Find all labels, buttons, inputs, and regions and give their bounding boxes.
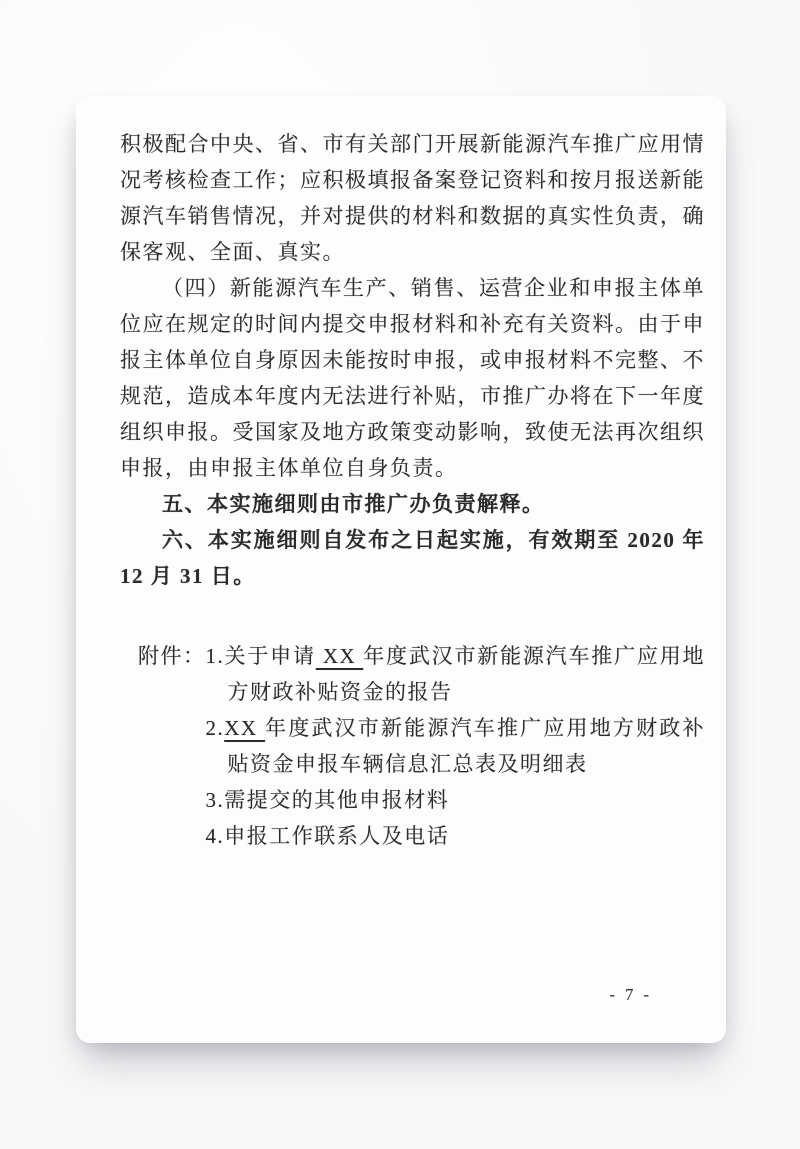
attachment-item-underlined-placeholder: XX [316,644,363,668]
attachment-item-underlined-placeholder: XX [224,716,265,740]
paragraph-item-four: （四）新能源汽车生产、销售、运营企业和申报主体单位应在规定的时间内提交申报材料和… [120,270,705,486]
paragraph-item-six: 六、本实施细则自发布之日起实施，有效期至 2020 年 12 月 31 日。 [120,522,705,594]
attachment-list: 1.关于申请 XX 年度武汉市新能源汽车推广应用地方财政补贴资金的报告 2.XX… [206,638,706,854]
attachment-item-number: 3. [206,788,225,812]
attachment-item-number: 4. [206,824,225,848]
attachment-item-number: 2. [206,716,225,740]
attachment-section: 附件： 1.关于申请 XX 年度武汉市新能源汽车推广应用地方财政补贴资金的报告 … [138,638,705,854]
attachment-item-3: 3.需提交的其他申报材料 [206,782,706,818]
attachment-label: 附件： [138,638,206,854]
attachment-item-text: 需提交的其他申报材料 [224,788,449,812]
paragraph-item-five: 五、本实施细则由市推广办负责解释。 [120,486,705,522]
attachment-item-4: 4.申报工作联系人及电话 [206,818,706,854]
document-page: 积极配合中央、省、市有关部门开展新能源汽车推广应用情况考核检查工作；应积极填报备… [76,96,726,1043]
page-content: 积极配合中央、省、市有关部门开展新能源汽车推广应用情况考核检查工作；应积极填报备… [76,96,726,854]
attachment-item-text: 关于申请 [224,644,316,668]
page-number: - 7 - [610,985,653,1005]
paragraph-continuation: 积极配合中央、省、市有关部门开展新能源汽车推广应用情况考核检查工作；应积极填报备… [120,126,705,270]
attachment-item-1: 1.关于申请 XX 年度武汉市新能源汽车推广应用地方财政补贴资金的报告 [206,638,706,710]
attachment-item-2: 2.XX 年度武汉市新能源汽车推广应用地方财政补贴资金申报车辆信息汇总表及明细表 [206,710,706,782]
attachment-item-text: 年度武汉市新能源汽车推广应用地方财政补贴资金申报车辆信息汇总表及明细表 [228,716,706,776]
attachment-item-number: 1. [206,644,225,668]
document-background: 积极配合中央、省、市有关部门开展新能源汽车推广应用情况考核检查工作；应积极填报备… [0,0,800,1149]
attachment-item-text: 申报工作联系人及电话 [224,824,449,848]
